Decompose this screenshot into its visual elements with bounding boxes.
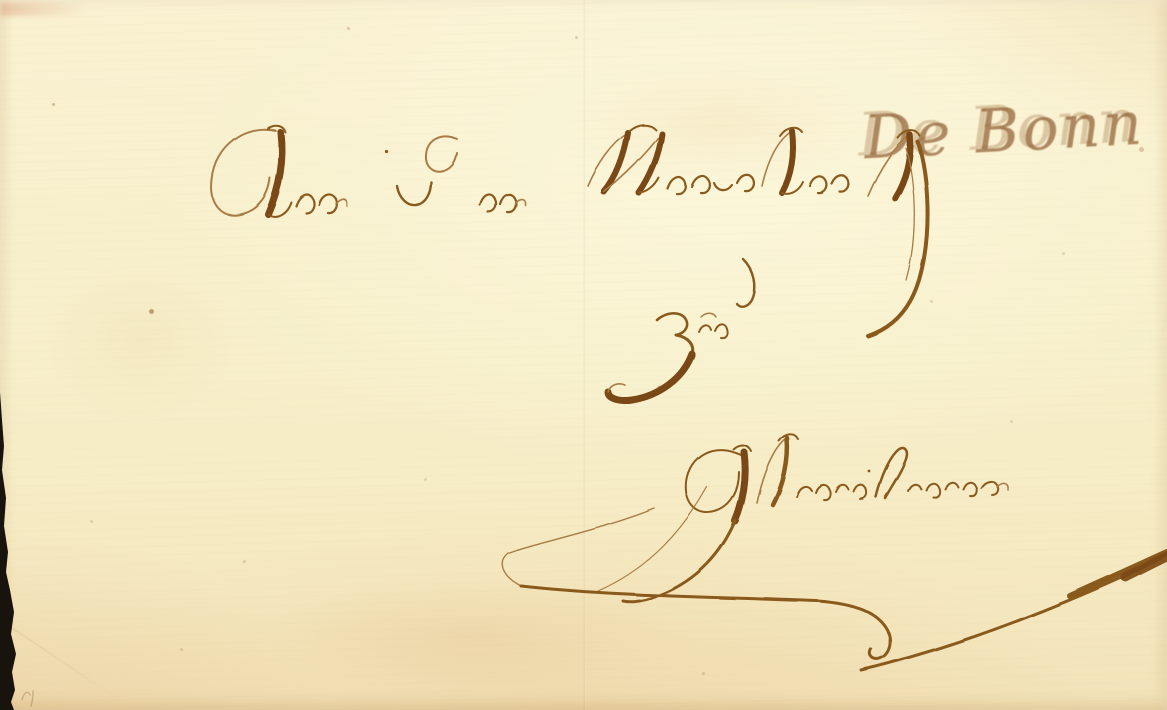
underline-flourish xyxy=(502,487,1167,670)
letter-scan: De Bonn De Bonn xyxy=(0,0,1167,710)
handwriting-ink xyxy=(212,125,1167,670)
handwriting-word-an xyxy=(212,126,388,216)
comma-flourish xyxy=(737,259,755,307)
postmark-de-bonn-stamp: De Bonn De Bonn xyxy=(855,86,1147,174)
faint-corner-mark xyxy=(22,691,33,706)
handwriting-word-ahrweiler xyxy=(686,434,1008,521)
handwriting-artwork: De Bonn De Bonn xyxy=(0,0,1167,710)
torn-edge-bottom-left xyxy=(0,392,16,710)
handwriting-word-zu xyxy=(608,313,728,400)
postmark-text: De Bonn xyxy=(861,89,1146,174)
handwriting-word-den xyxy=(397,136,525,212)
